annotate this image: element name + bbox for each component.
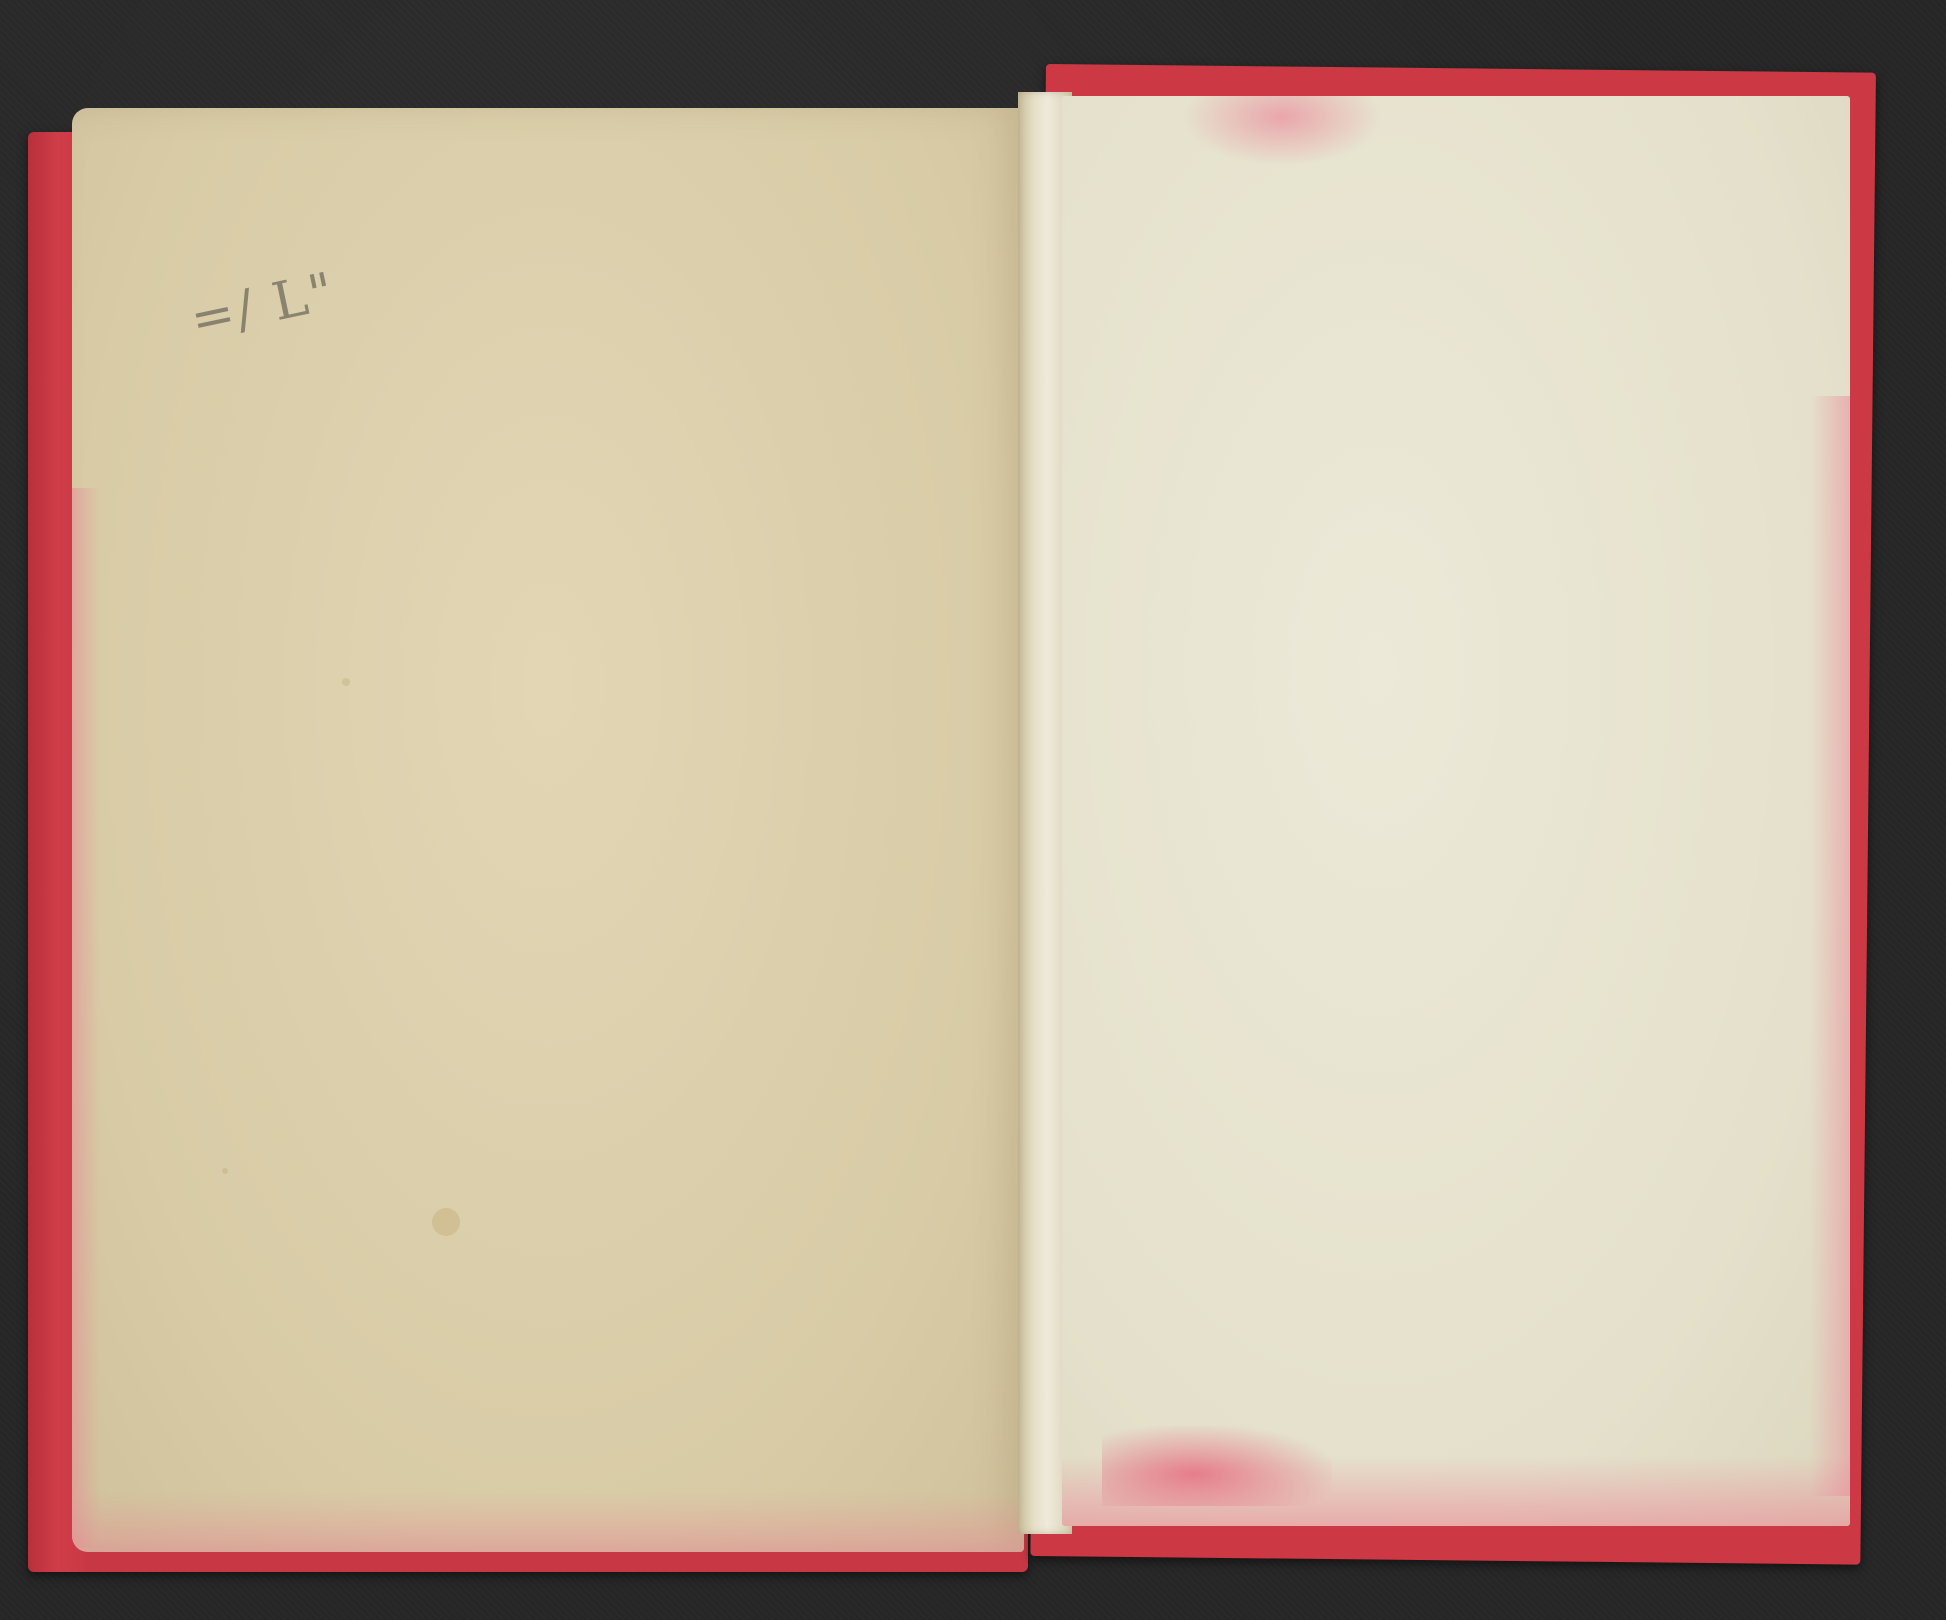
left-endpaper: =/ L"	[72, 108, 1024, 1552]
dye-stain	[72, 1492, 1024, 1552]
dye-stain	[72, 488, 100, 1548]
photo-scene: =/ L"	[0, 0, 1946, 1620]
dye-stain	[1182, 96, 1382, 166]
right-endpaper	[1062, 96, 1850, 1526]
dye-stain	[1102, 1426, 1332, 1506]
foxing-spot	[222, 1168, 228, 1174]
foxing-spot	[342, 678, 350, 686]
dye-stain	[1810, 396, 1850, 1496]
pencil-price-mark: =/ L"	[185, 261, 340, 350]
foxing-spot	[432, 1208, 460, 1236]
